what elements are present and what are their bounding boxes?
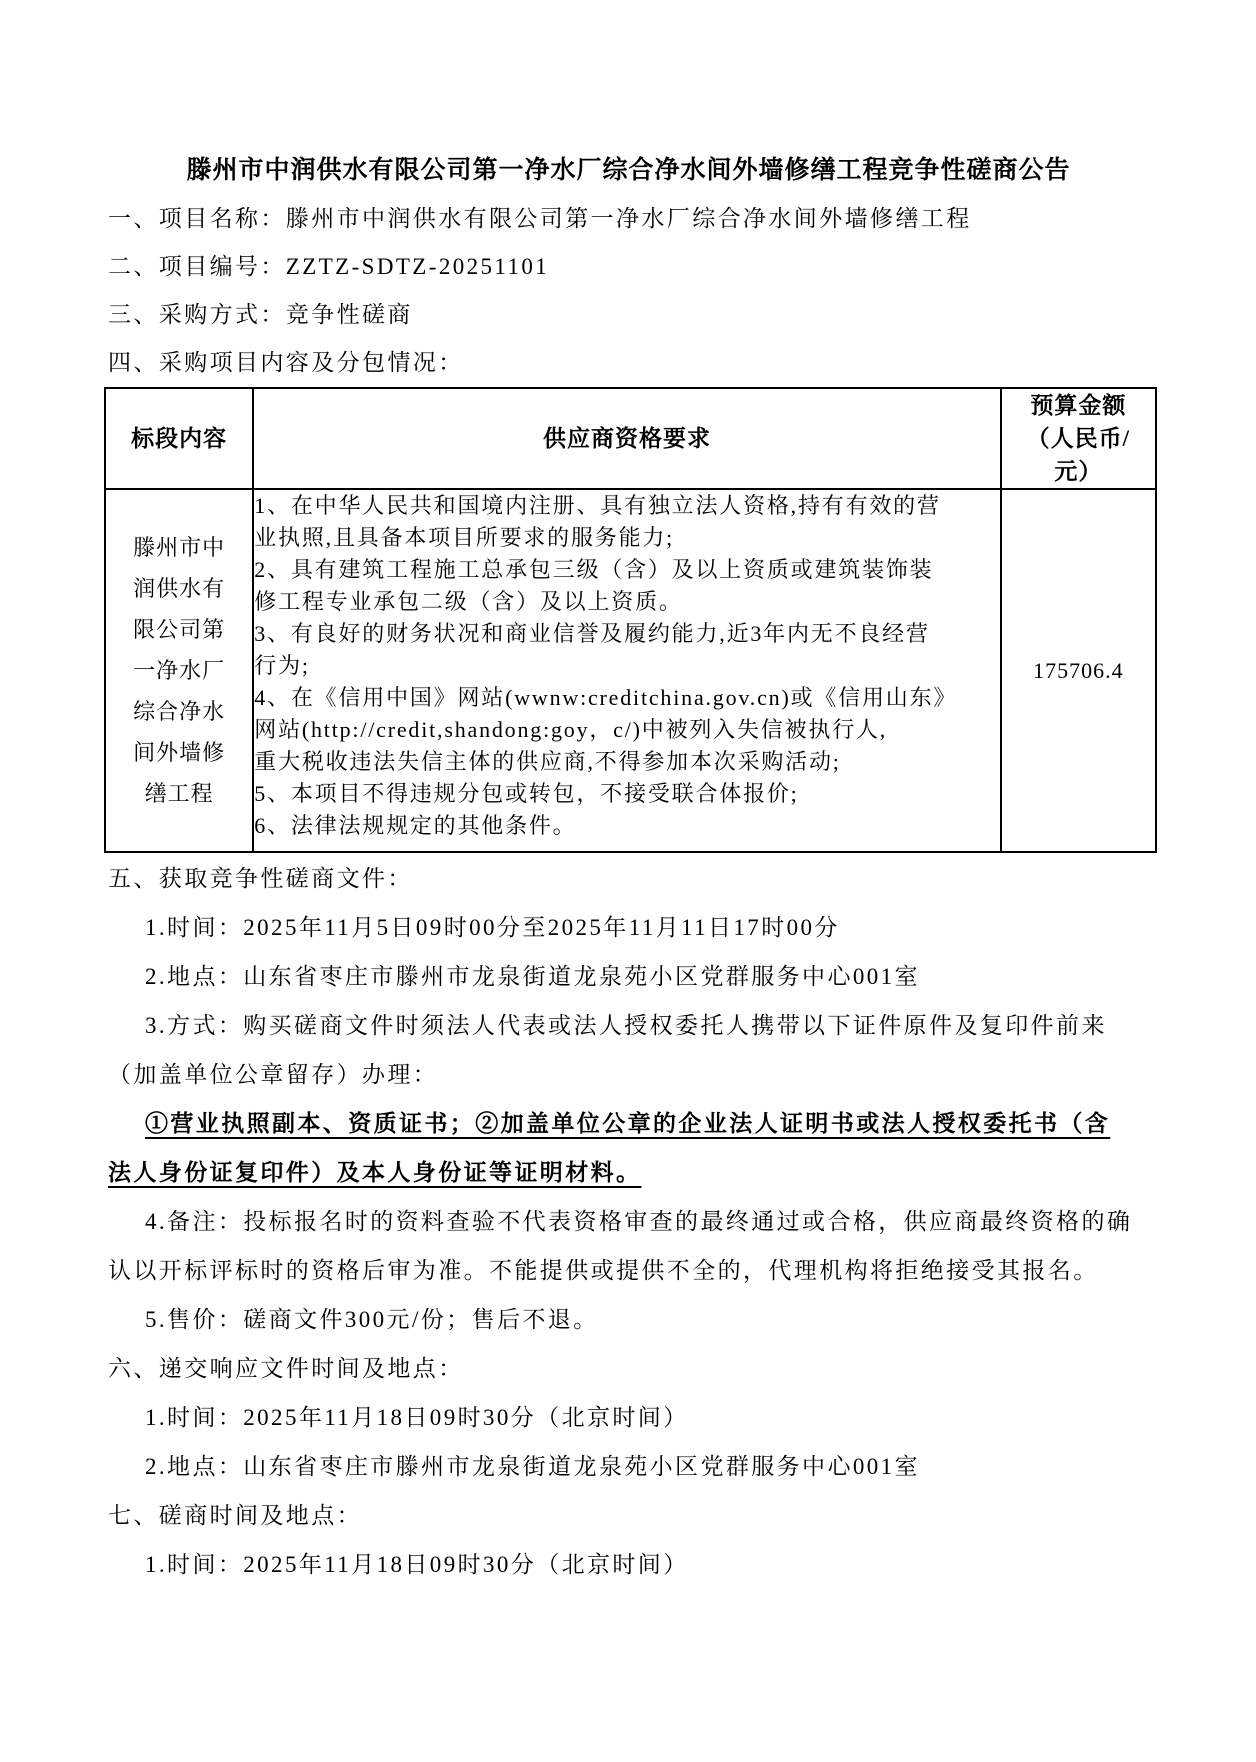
section5-method-line: 3.方式：购买磋商文件时须法人代表或法人授权委托人携带以下证件原件及复印件前来 … [100,1001,1157,1099]
requirement-item-2: 2、具有建筑工程施工总承包三级（含）及以上资质或建筑装饰装 修工程专业承包二级（… [254,554,999,618]
section7-heading: 七、磋商时间及地点： [100,1491,1157,1540]
requirement-item-6: 6、法律法规规定的其他条件。 [254,810,999,842]
table-row: 滕州市中 润供水有 限公司第 一净水厂 综合净水 间外墙修 缮工程 1、在中华人… [105,489,1156,852]
section6-time-line: 1.时间：2025年11月18日09时30分（北京时间） [100,1393,1157,1442]
section5-certificates-line: ①营业执照副本、资质证书；②加盖单位公章的企业法人证明书或法人授权委托书（含 法… [100,1099,1157,1197]
project-number-line: 二、项目编号：ZZTZ-SDTZ-20251101 [100,243,1157,291]
document-sections: 五、获取竞争性磋商文件： 1.时间：2025年11月5日09时00分至2025年… [100,854,1157,1589]
section5-price-line: 5.售价：磋商文件300元/份；售后不退。 [100,1295,1157,1344]
requirement-item-5: 5、本项目不得违规分包或转包，不接受联合体报价; [254,778,999,810]
supplier-requirements-cell: 1、在中华人民共和国境内注册、具有独立法人资格,持有有效的营 业执照,且具备本项… [253,489,1000,852]
procurement-content-heading: 四、采购项目内容及分包情况： [100,339,1157,387]
requirement-item-4: 4、在《信用中国》网站(wwnw:creditchina.gov.cn)或《信用… [254,682,999,778]
section5-heading: 五、获取竞争性磋商文件： [100,854,1157,903]
budget-amount-cell: 175706.4 [1001,489,1156,852]
section6-heading: 六、递交响应文件时间及地点： [100,1344,1157,1393]
section5-time-line: 1.时间：2025年11月5日09时00分至2025年11月11日17时00分 [100,903,1157,952]
col-header-supplier-requirements: 供应商资格要求 [253,388,1000,489]
section-content-cell: 滕州市中 润供水有 限公司第 一净水厂 综合净水 间外墙修 缮工程 [105,489,253,852]
project-name-line: 一、项目名称：滕州市中润供水有限公司第一净水厂综合净水间外墙修缮工程 [100,195,1157,243]
section5-note-line: 4.备注：投标报名时的资料查验不代表资格审查的最终通过或合格，供应商最终资格的确… [100,1197,1157,1295]
table-header-row: 标段内容 供应商资格要求 预算金额 （人民币/ 元） [105,388,1156,489]
section7-time-line: 1.时间：2025年11月18日09时30分（北京时间） [100,1540,1157,1589]
section6-place-line: 2.地点：山东省枣庄市滕州市龙泉街道龙泉苑小区党群服务中心001室 [100,1442,1157,1491]
procurement-method-line: 三、采购方式：竞争性磋商 [100,291,1157,339]
procurement-table: 标段内容 供应商资格要求 预算金额 （人民币/ 元） 滕州市中 润供水有 限公司… [104,387,1157,853]
announcement-document: 滕州市中润供水有限公司第一净水厂综合净水间外墙修缮工程竞争性磋商公告 一、项目名… [0,0,1256,1589]
requirement-item-3: 3、有良好的财务状况和商业信誉及履约能力,近3年内无不良经营 行为; [254,618,999,682]
col-header-section-content: 标段内容 [105,388,253,489]
section5-place-line: 2.地点：山东省枣庄市滕州市龙泉街道龙泉苑小区党群服务中心001室 [100,952,1157,1001]
requirement-item-1: 1、在中华人民共和国境内注册、具有独立法人资格,持有有效的营 业执照,且具备本项… [254,490,999,554]
col-header-budget: 预算金额 （人民币/ 元） [1001,388,1156,489]
page-title: 滕州市中润供水有限公司第一净水厂综合净水间外墙修缮工程竞争性磋商公告 [100,147,1157,195]
